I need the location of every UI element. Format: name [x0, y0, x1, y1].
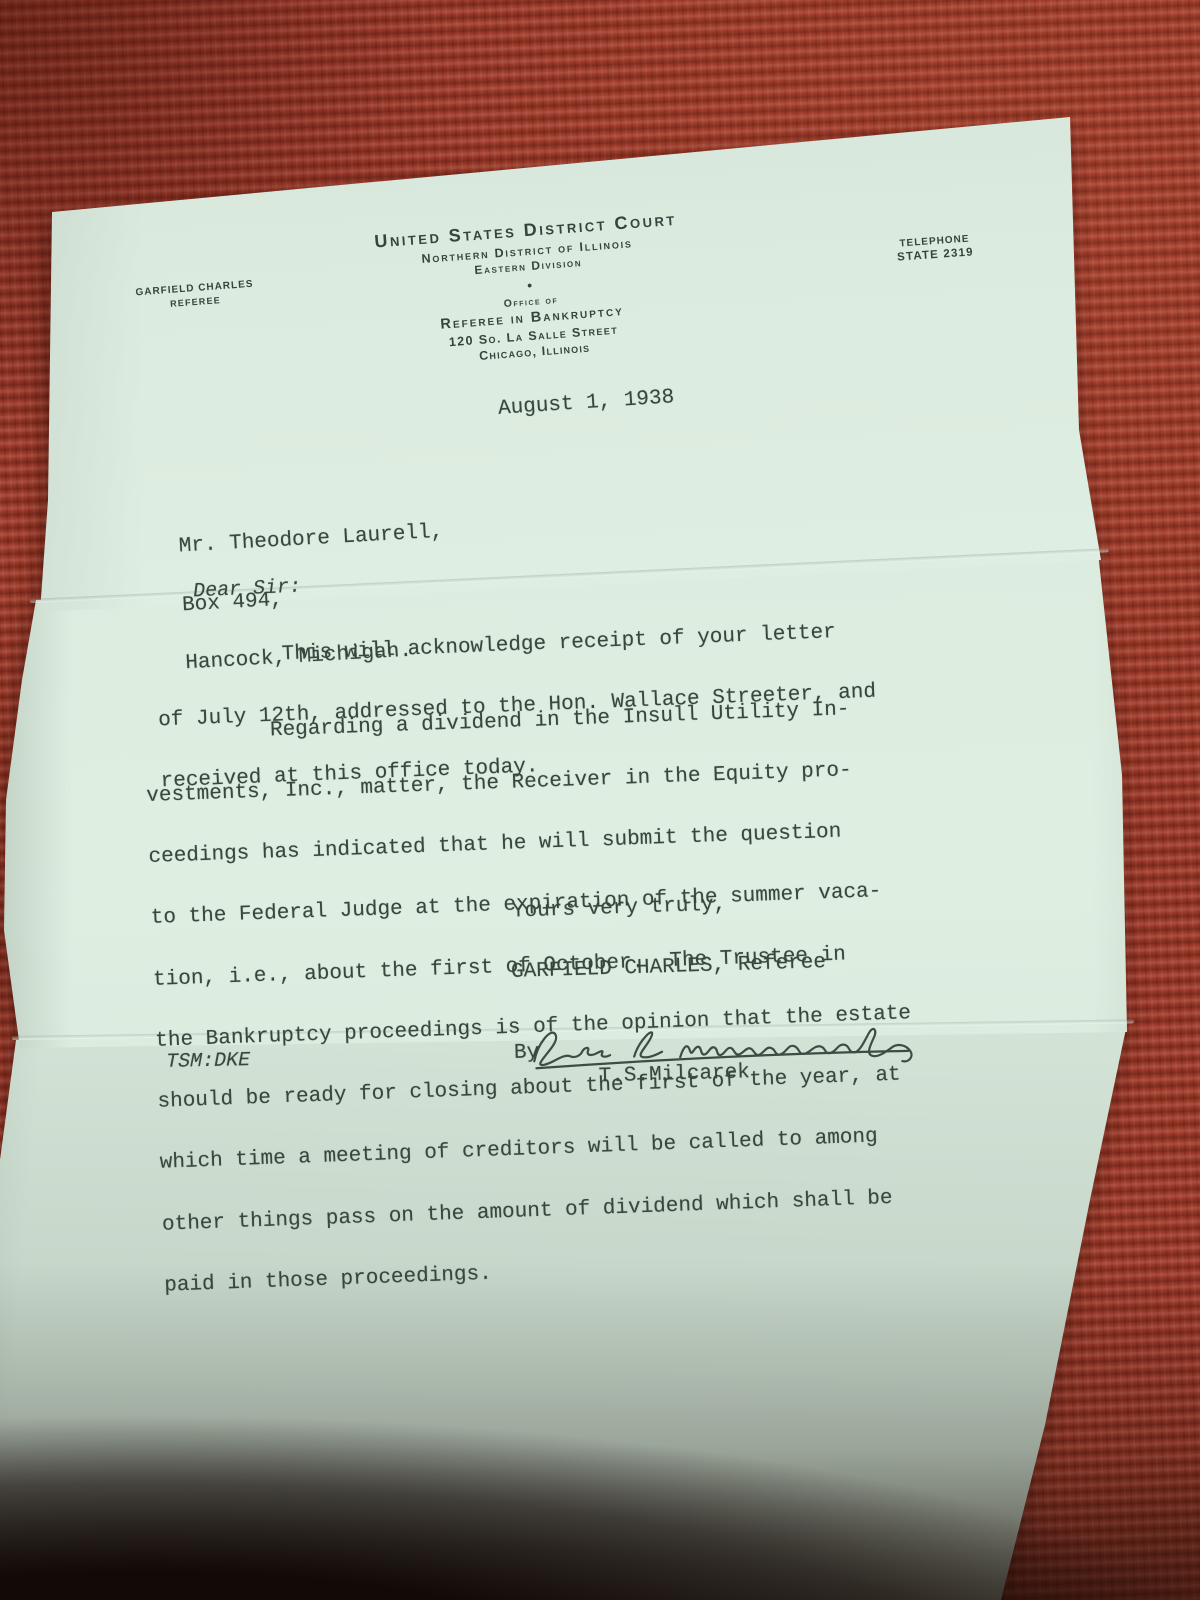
body-line: ceedings has indicated that he will subm… [148, 821, 904, 869]
body-line: other things pass on the amount of divid… [162, 1188, 918, 1236]
body-line: which time a meeting of creditors will b… [159, 1126, 915, 1174]
signature-block: By T.S.Milcarek [513, 1012, 935, 1086]
recipient-line: Mr. Theodore Laurell, [178, 523, 443, 557]
reference-initials: TSM:DKE [164, 1049, 252, 1074]
body-paragraph-2: Regarding a dividend in the Insull Utili… [142, 657, 922, 1337]
signature-typed-name: T.S.Milcarek [598, 1061, 750, 1088]
body-line: Regarding a dividend in the Insull Utili… [144, 698, 900, 746]
photo-of-letter: GARFIELD CHARLES REFEREE United States D… [0, 0, 1200, 1600]
body-line: vestments, Inc., matter, the Receiver in… [146, 759, 902, 807]
body-line: paid in those proceedings. [164, 1249, 920, 1297]
